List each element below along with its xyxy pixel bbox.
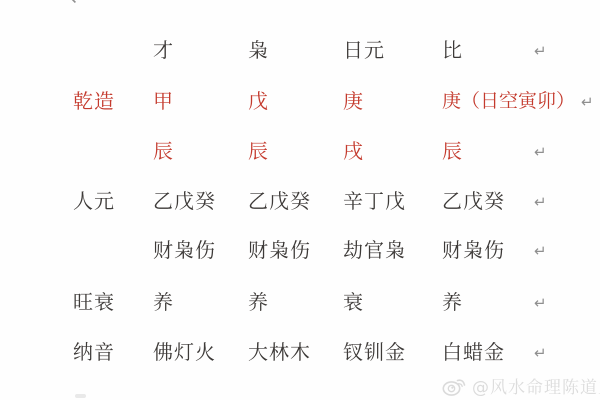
bazi-document-page: ↵ 才 枭 日元 比 ↵ 乾造 甲 戊 庚 庚（日空寅卯） ↵ 辰 辰 戌 辰 … bbox=[0, 0, 600, 400]
row-ten-gods: 才 枭 日元 比 ↵ bbox=[0, 37, 600, 63]
row-nayin: 纳音 佛灯火 大林木 钗钏金 白蜡金 ↵ bbox=[0, 339, 600, 365]
cell-day: 钗钏金 bbox=[343, 339, 406, 365]
cell-day: 辛丁戊 bbox=[343, 188, 406, 214]
cell-day: 衰 bbox=[343, 289, 364, 315]
cell-year: 才 bbox=[153, 37, 174, 63]
watermark-text: @风水命理陈道主 bbox=[472, 373, 600, 398]
cell-hour: 财枭伤 bbox=[442, 237, 505, 263]
cell-day: 戌 bbox=[343, 138, 364, 164]
row-heavenly-stems: 乾造 甲 戊 庚 庚（日空寅卯） ↵ bbox=[0, 88, 600, 114]
return-mark-icon: ↵ bbox=[581, 89, 594, 115]
row-label: 旺衰 bbox=[73, 289, 115, 315]
return-mark-icon: ↵ bbox=[534, 38, 547, 64]
cell-month: 戊 bbox=[248, 88, 269, 114]
cell-month: 乙戊癸 bbox=[248, 188, 311, 214]
return-mark-icon: ↵ bbox=[534, 290, 547, 316]
cell-hour: 辰 bbox=[442, 138, 463, 164]
return-mark-icon: ↵ bbox=[534, 139, 547, 165]
cell-year: 佛灯火 bbox=[153, 339, 216, 365]
cell-day: 劫官枭 bbox=[343, 237, 406, 263]
row-hidden-stems: 人元 乙戊癸 乙戊癸 辛丁戊 乙戊癸 ↵ bbox=[0, 188, 600, 214]
cell-year: 辰 bbox=[153, 138, 174, 164]
return-mark-icon: ↵ bbox=[534, 189, 547, 215]
cell-day: 日元 bbox=[343, 37, 385, 63]
cell-day: 庚 bbox=[343, 88, 364, 114]
cell-year: 养 bbox=[153, 289, 174, 315]
top-return-arrow-icon: ↵ bbox=[70, 0, 87, 10]
clipped-next-line-fragment bbox=[75, 394, 86, 398]
cell-hour: 养 bbox=[442, 289, 463, 315]
cell-hour: 乙戊癸 bbox=[442, 188, 505, 214]
cell-month: 财枭伤 bbox=[248, 237, 311, 263]
cell-month: 辰 bbox=[248, 138, 269, 164]
cell-month: 养 bbox=[248, 289, 269, 315]
cell-hour: 白蜡金 bbox=[442, 339, 505, 365]
cell-year: 财枭伤 bbox=[153, 237, 216, 263]
row-hidden-stem-gods: 财枭伤 财枭伤 劫官枭 财枭伤 ↵ bbox=[0, 237, 600, 263]
row-label: 纳音 bbox=[73, 339, 115, 365]
row-earthly-branches: 辰 辰 戌 辰 ↵ bbox=[0, 138, 600, 164]
cell-year: 乙戊癸 bbox=[153, 188, 216, 214]
row-label: 乾造 bbox=[73, 88, 115, 114]
return-mark-icon: ↵ bbox=[534, 340, 547, 366]
cell-month: 枭 bbox=[248, 37, 269, 63]
cell-month: 大林木 bbox=[248, 339, 311, 365]
row-label: 人元 bbox=[73, 188, 115, 214]
weibo-icon bbox=[441, 373, 468, 398]
watermark: @风水命理陈道主 bbox=[441, 371, 600, 399]
return-mark-icon: ↵ bbox=[534, 238, 547, 264]
cell-hour: 比 bbox=[442, 37, 463, 63]
cell-hour: 庚（日空寅卯） bbox=[442, 88, 575, 114]
row-life-stage: 旺衰 养 养 衰 养 ↵ bbox=[0, 289, 600, 315]
cell-year: 甲 bbox=[153, 88, 174, 114]
